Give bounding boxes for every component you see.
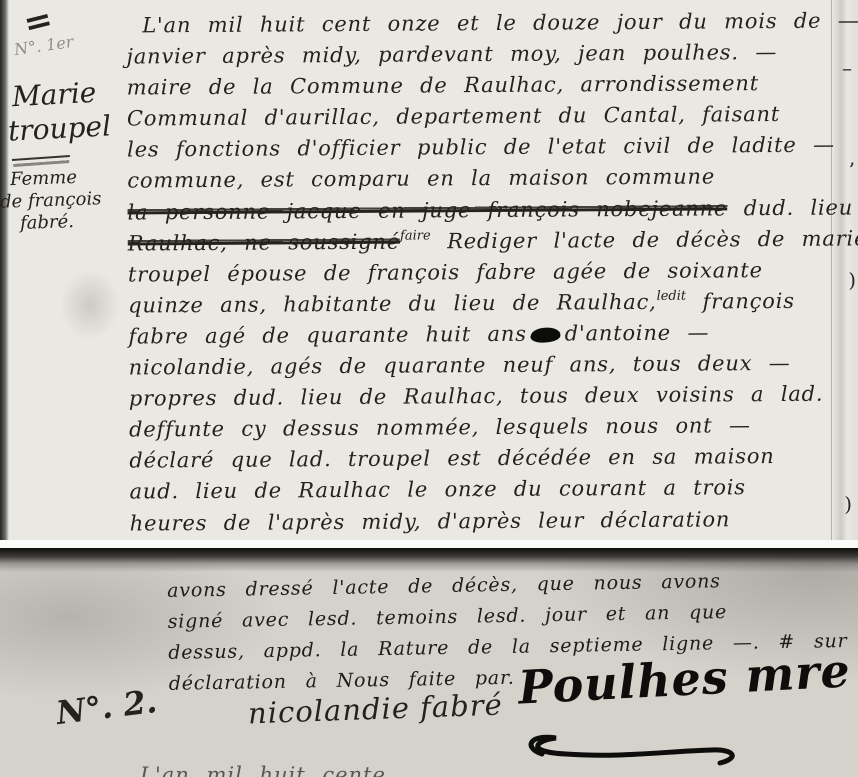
text-line: déclaré que lad. troupel est décédée en …	[129, 441, 855, 477]
text-line: nicolandie, agés de quarante neuf ans, t…	[129, 347, 855, 383]
handwritten-text: heures de l'après midy, d'après leur déc…	[130, 507, 731, 535]
handwritten-text: propres dud. lieu de Raulhac, tous deux …	[129, 382, 824, 411]
handwritten-text: commune, est comparu en la maison commun…	[127, 165, 715, 193]
struck-text: la personne jacque en juge françois nobe…	[127, 196, 727, 224]
text-line: la personne jacque en juge françois nobe…	[127, 192, 853, 228]
scanned-death-record: = N°. 1er Marie troupel Femme de françoi…	[0, 0, 858, 777]
handwritten-text: fabre agé de quarante huit ans	[128, 322, 526, 349]
handwritten-text: aud. lieu de Raulhac le onze du courant …	[129, 476, 745, 504]
handwritten-text: janvier après midy, pardevant moy, jean …	[126, 40, 777, 69]
handwritten-text: d'antoine —	[565, 320, 710, 345]
text-line: janvier après midy, pardevant moy, jean …	[126, 37, 852, 73]
ink-blot	[531, 327, 561, 342]
text-line: heures de l'après midy, d'après leur déc…	[130, 503, 856, 539]
paper-smudge	[60, 270, 120, 340]
handwritten-text: dud. lieu de —	[727, 194, 858, 219]
ink-mark: –	[842, 56, 852, 80]
inserted-text: ledit	[656, 288, 686, 303]
handwritten-text: deffunte cy dessus nommée, lesquels nous…	[129, 413, 751, 441]
text-line: aud. lieu de Raulhac le onze du courant …	[129, 472, 855, 508]
handwritten-text: nicolandie, agés de quarante neuf ans, t…	[129, 351, 791, 380]
ink-mark: )	[844, 492, 852, 516]
text-line: Communal d'aurillac, departement du Cant…	[127, 99, 853, 135]
handwritten-text: maire de la Commune de Raulhac, arrondis…	[127, 71, 759, 99]
handwritten-text: L'an mil huit cent onze et le douze jour…	[142, 8, 858, 37]
margin-deceased-name: Marie	[11, 76, 97, 113]
act-body-text: L'an mil huit cent onze et le douze jour…	[126, 5, 856, 539]
margin-relation-3: fabré.	[20, 211, 75, 234]
struck-text: Raulhac, ne soussigné	[128, 229, 400, 255]
ink-mark: )	[848, 268, 856, 292]
handwritten-text: françois	[686, 289, 795, 314]
text-line: Raulhac, ne soussignéfaire Rediger l'act…	[128, 223, 854, 259]
scan-seam-highlight	[0, 540, 858, 548]
handwritten-text: Communal d'aurillac, departement du Cant…	[127, 102, 780, 131]
margin-relation-1: Femme	[10, 167, 78, 190]
text-line: quinze ans, habitante du lieu de Raulhac…	[128, 285, 854, 321]
text-line: L'an mil huit cent onze et le douze jour…	[126, 5, 852, 41]
scan-edge-shadow	[0, 0, 9, 546]
text-line: propres dud. lieu de Raulhac, tous deux …	[129, 379, 855, 415]
margin-underline	[12, 155, 70, 164]
handwritten-text: quinze ans, habitante du lieu de Raulhac…	[128, 290, 657, 318]
signature-flourish	[520, 726, 756, 768]
text-line: les fonctions d'officier public de l'eta…	[127, 130, 853, 166]
ink-mark: ’	[849, 158, 855, 182]
handwritten-text: les fonctions d'officier public de l'eta…	[127, 133, 835, 162]
text-line: maire de la Commune de Raulhac, arrondis…	[127, 68, 853, 104]
text-line: commune, est comparu en la maison commun…	[127, 161, 853, 197]
margin-relation-2: de françois	[0, 188, 102, 213]
partial-next-line: L'an mil huit cente	[140, 763, 560, 777]
margin-deceased-surname: troupel	[7, 109, 112, 147]
text-line: troupel épouse de françois fabre agée de…	[128, 254, 854, 290]
handwritten-text: troupel épouse de françois fabre agée de…	[128, 258, 763, 286]
text-line: deffunte cy dessus nommée, lesquels nous…	[129, 410, 855, 446]
handwritten-text: Rediger l'acte de décès de marie	[431, 226, 858, 253]
text-line: fabre agé de quarante huit ansd'antoine …	[128, 316, 854, 352]
inserted-text: faire	[400, 228, 431, 243]
handwritten-text: déclaré que lad. troupel est décédée en …	[129, 444, 774, 473]
margin-record-number: N°. 1er	[13, 32, 75, 59]
